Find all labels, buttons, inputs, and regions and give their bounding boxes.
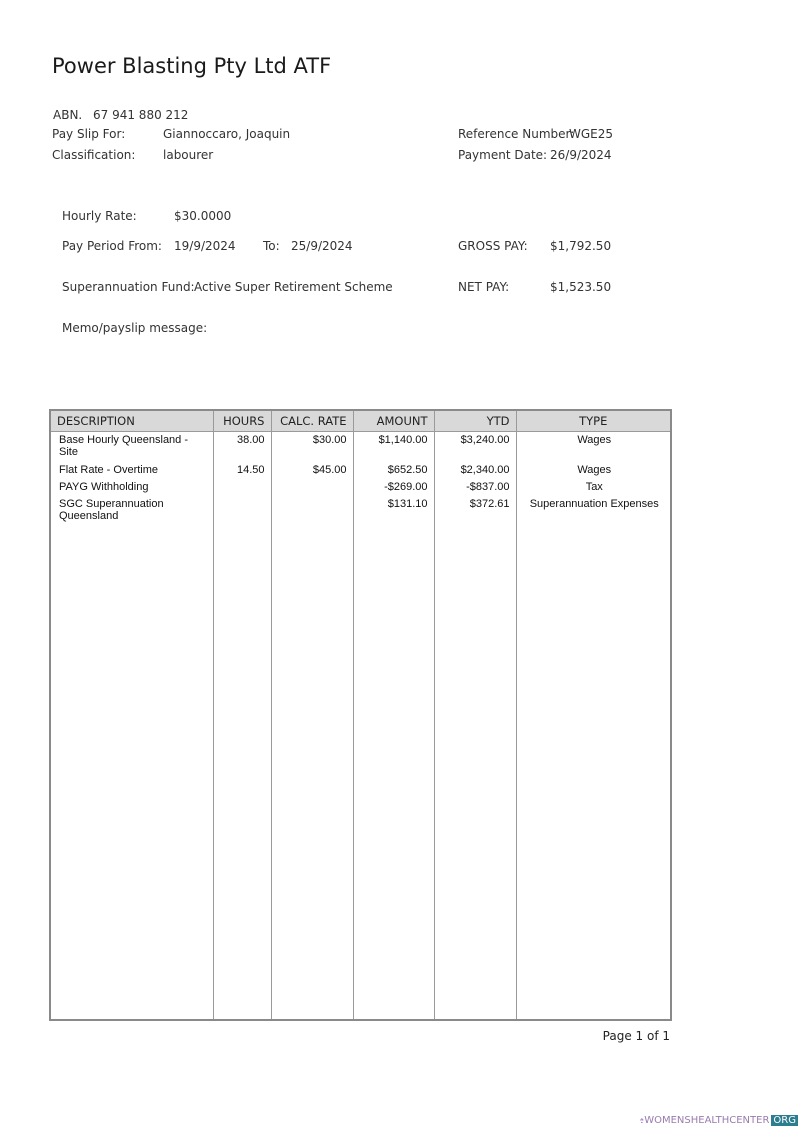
gross-pay-label: GROSS PAY: <box>458 239 528 253</box>
col-description: DESCRIPTION <box>50 410 213 432</box>
net-pay-label: NET PAY: <box>458 280 509 294</box>
pay-period-from-value: 19/9/2024 <box>174 239 236 253</box>
classification-label: Classification: <box>52 148 135 162</box>
hourly-rate-value: $30.0000 <box>174 209 231 223</box>
cell-description: Base Hourly Queensland - Site <box>50 432 213 462</box>
cell-rate: $45.00 <box>271 462 353 479</box>
watermark-tld: ORG <box>771 1115 798 1126</box>
payment-date-value: 26/9/2024 <box>550 148 612 162</box>
cell-amount: -$269.00 <box>353 479 434 496</box>
col-hours: HOURS <box>213 410 271 432</box>
col-ytd: YTD <box>434 410 516 432</box>
table-row: SGC Superannuation Queensland $131.10 $3… <box>50 496 671 526</box>
cell-ytd: -$837.00 <box>434 479 516 496</box>
cell-type: Tax <box>516 479 671 496</box>
pay-items-table: DESCRIPTION HOURS CALC. RATE AMOUNT YTD … <box>49 409 672 1021</box>
cell-hours <box>213 496 271 526</box>
cell-type: Superannuation Expenses <box>516 496 671 526</box>
dots-icon: ·:· <box>639 1116 642 1126</box>
table-filler <box>50 526 671 1021</box>
reference-value: WGE25 <box>569 127 613 141</box>
table-row: PAYG Withholding -$269.00 -$837.00 Tax <box>50 479 671 496</box>
watermark-logo: ·:· WOMENSHEALTHCENTER ORG <box>639 1115 798 1126</box>
classification-value: labourer <box>163 148 213 162</box>
payment-date-label: Payment Date: <box>458 148 547 162</box>
cell-description: Flat Rate - Overtime <box>50 462 213 479</box>
pay-slip-for-label: Pay Slip For: <box>52 127 125 141</box>
col-type: TYPE <box>516 410 671 432</box>
page-number: Page 1 of 1 <box>603 1029 670 1043</box>
pay-period-from-label: Pay Period From: <box>62 239 162 253</box>
cell-rate: $30.00 <box>271 432 353 462</box>
cell-type: Wages <box>516 462 671 479</box>
cell-amount: $652.50 <box>353 462 434 479</box>
reference-label: Reference Number: <box>458 127 574 141</box>
cell-description: PAYG Withholding <box>50 479 213 496</box>
col-calc-rate: CALC. RATE <box>271 410 353 432</box>
cell-type: Wages <box>516 432 671 462</box>
cell-hours <box>213 479 271 496</box>
abn-label: ABN. <box>53 108 82 122</box>
cell-ytd: $372.61 <box>434 496 516 526</box>
watermark-text: WOMENSHEALTHCENTER <box>644 1115 769 1126</box>
company-name: Power Blasting Pty Ltd ATF <box>52 54 331 78</box>
cell-ytd: $2,340.00 <box>434 462 516 479</box>
net-pay-value: $1,523.50 <box>550 280 611 294</box>
gross-pay-value: $1,792.50 <box>550 239 611 253</box>
super-fund-label: Superannuation Fund: <box>62 280 195 294</box>
pay-period-to-value: 25/9/2024 <box>291 239 353 253</box>
employee-name: Giannoccaro, Joaquin <box>163 127 290 141</box>
cell-hours: 38.00 <box>213 432 271 462</box>
table-header-row: DESCRIPTION HOURS CALC. RATE AMOUNT YTD … <box>50 410 671 432</box>
cell-hours: 14.50 <box>213 462 271 479</box>
table-row: Flat Rate - Overtime 14.50 $45.00 $652.5… <box>50 462 671 479</box>
table-row: Base Hourly Queensland - Site 38.00 $30.… <box>50 432 671 462</box>
super-fund-value: Active Super Retirement Scheme <box>194 280 393 294</box>
cell-description: SGC Superannuation Queensland <box>50 496 213 526</box>
hourly-rate-label: Hourly Rate: <box>62 209 137 223</box>
pay-period-to-label: To: <box>263 239 280 253</box>
cell-ytd: $3,240.00 <box>434 432 516 462</box>
cell-rate <box>271 496 353 526</box>
col-amount: AMOUNT <box>353 410 434 432</box>
cell-amount: $1,140.00 <box>353 432 434 462</box>
cell-rate <box>271 479 353 496</box>
cell-amount: $131.10 <box>353 496 434 526</box>
abn-value: 67 941 880 212 <box>93 108 188 122</box>
memo-label: Memo/payslip message: <box>62 321 207 335</box>
